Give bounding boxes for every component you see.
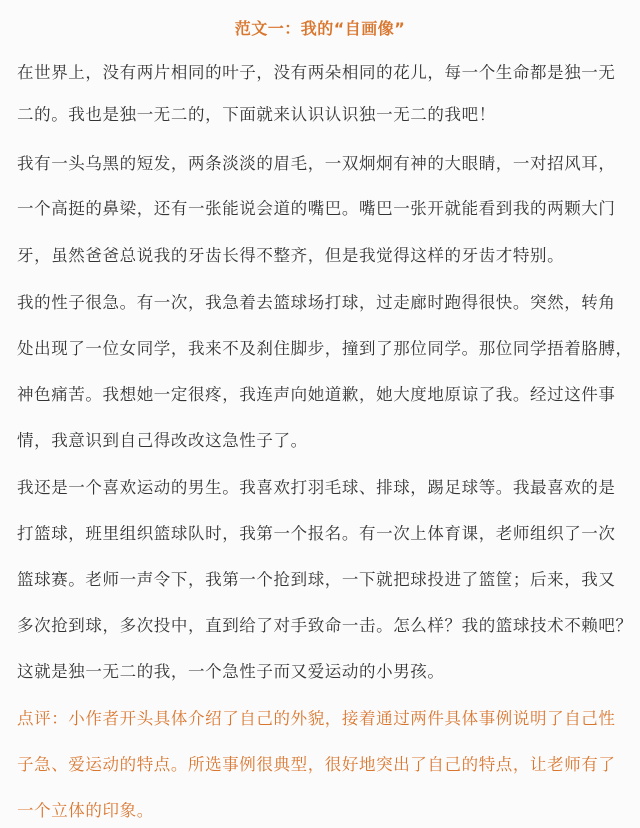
comment-line: 子急、爱运动的特点。所选事例很典型，很好地突出了自己的特点，让老师有了 (17, 751, 627, 775)
text-line: 牙，虽然爸爸总说我的牙齿长得不整齐，但是我觉得这样的牙齿才特别。 (17, 242, 627, 266)
essay-title: 范文一：我的“自画像” (0, 16, 640, 39)
text-line: 处出现了一位女同学，我来不及刹住脚步，撞到了那位同学。那位同学捂着胳膊， (17, 335, 627, 359)
essay-page: 范文一：我的“自画像” 在世界上，没有两片相同的叶子，没有两朵相同的花儿，每一个… (0, 0, 640, 828)
comment-line: 点评：小作者开头具体介绍了自己的外貌，接着通过两件具体事例说明了自己性 (17, 705, 627, 729)
text-line: 这就是独一无二的我，一个急性子而又爱运动的小男孩。 (17, 658, 627, 682)
text-line: 篮球赛。老师一声令下，我第一个抢到球，一下就把球投进了篮筐；后来，我又 (17, 566, 627, 590)
text-line: 情，我意识到自己得改改这急性子了。 (17, 427, 627, 451)
text-line: 打篮球，班里组织篮球队时，我第一个报名。有一次上体育课，老师组织了一次 (17, 520, 627, 544)
text-line: 我还是一个喜欢运动的男生。我喜欢打羽毛球、排球，踢足球等。我最喜欢的是 (17, 474, 627, 498)
text-line: 多次抢到球，多次投中，直到给了对手致命一击。怎么样？我的篮球技术不赖吧？ (17, 612, 627, 636)
text-line: 我有一头乌黑的短发，两条淡淡的眉毛，一双炯炯有神的大眼睛，一对招风耳， (17, 150, 627, 174)
text-line: 神色痛苦。我想她一定很疼，我连声向她道歉，她大度地原谅了我。经过这件事 (17, 381, 627, 405)
text-line: 在世界上，没有两片相同的叶子，没有两朵相同的花儿，每一个生命都是独一无 (17, 59, 627, 83)
text-line: 我的性子很急。有一次，我急着去篮球场打球，过走廊时跑得很快。突然，转角 (17, 289, 627, 313)
comment-line: 一个立体的印象。 (17, 797, 627, 821)
text-line: 一个高挺的鼻梁，还有一张能说会道的嘴巴。嘴巴一张开就能看到我的两颗大门 (17, 195, 627, 219)
text-line: 二的。我也是独一无二的，下面就来认识认识独一无二的我吧！ (17, 101, 627, 125)
